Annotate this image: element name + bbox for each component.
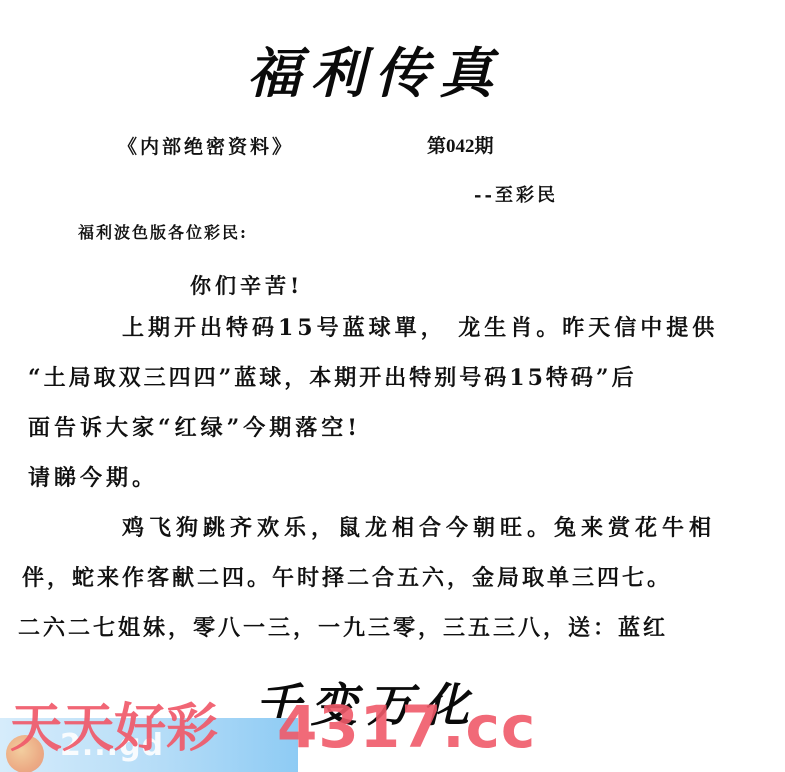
document-title: 福利传真 [230, 38, 520, 108]
body-line: 伴，蛇来作客献二四。午时择二合五六，金局取单三四七。 [22, 563, 672, 593]
issue-number: 第042期 [427, 134, 494, 160]
document-subtitle: 《内部绝密资料》 [118, 134, 294, 160]
body-line: 请睇今期。 [28, 463, 158, 493]
body-line: 上期开出特码15号蓝球單， 龙生肖。昨天信中提供 [122, 313, 718, 343]
signature: --至彩民 [474, 183, 558, 209]
body-line: “土局取双三四四”蓝球，本期开出特别号码15特码”后 [28, 363, 637, 393]
watermark-left-text: 天天好彩 [10, 696, 218, 762]
document-page: 福利传真 《内部绝密资料》 第042期 --至彩民 福利波色版各位彩民: 你们辛… [0, 0, 785, 772]
greeting: 你们辛苦! [190, 271, 303, 301]
salutation: 福利波色版各位彩民: [78, 221, 248, 245]
body-line: 二六二七姐妹，零八一三，一九三零，三五三八，送：蓝红 [18, 613, 668, 643]
watermark-right-text: 4317.cc [277, 692, 536, 762]
body-line: 面告诉大家“红绿”今期落空! [28, 413, 361, 443]
body-line: 鸡飞狗跳齐欢乐，鼠龙相合今朝旺。兔来赏花牛相 [122, 513, 716, 543]
